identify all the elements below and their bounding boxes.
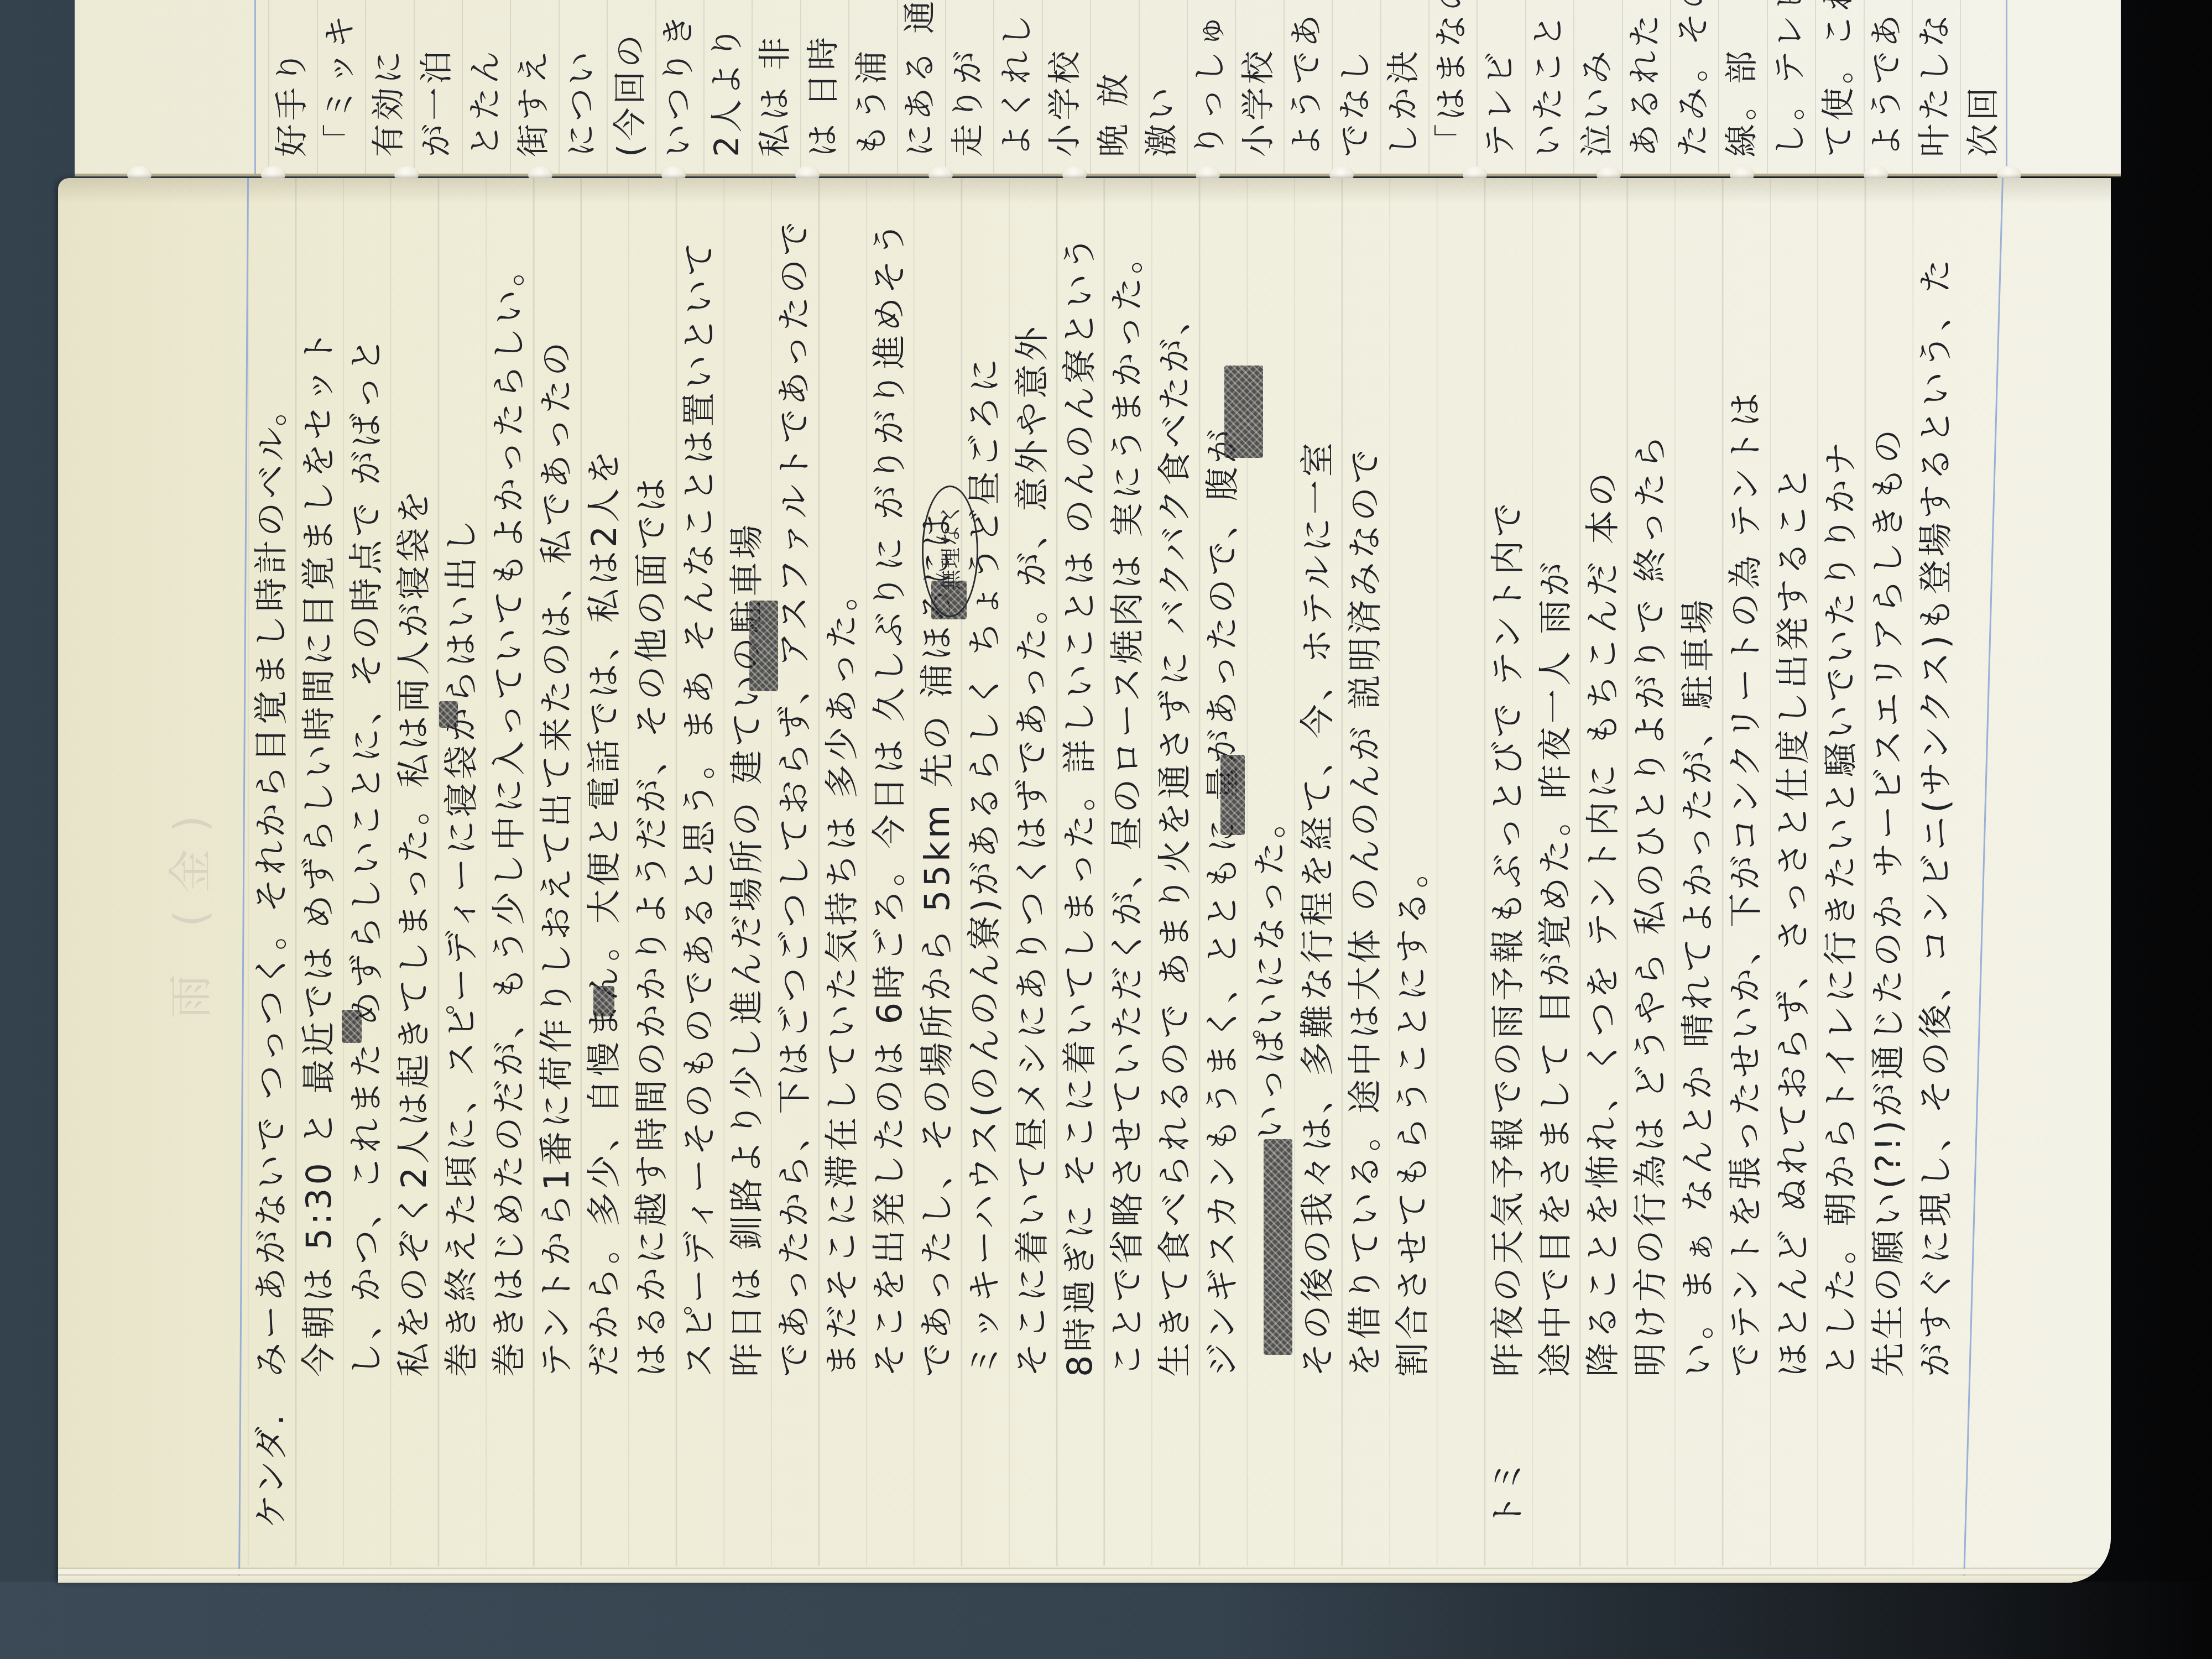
text-line: 先生の願い(?!)が通じたのか サービスエリアらしきもの <box>1865 178 1912 1548</box>
previous-page-line: テレビ <box>1477 0 1525 164</box>
text-line: とした。朝からトイレに行きたいと騒いでいたりりかナ <box>1817 178 1865 1548</box>
previous-page-line: りっしゅ <box>1186 0 1234 164</box>
entry-author-label: トミ <box>1484 1458 1532 1528</box>
previous-page-line: あるれた <box>1621 0 1670 164</box>
strikeout-scribble <box>593 986 614 1016</box>
strikeout-scribble <box>1220 755 1245 835</box>
bleed-through-text: 雨 (金) <box>166 687 216 1019</box>
previous-page-line: 激い <box>1138 0 1186 164</box>
text-line: 今朝は 5:30 と 最近では めずらしい時間に目覚ましをセット <box>295 178 343 1548</box>
strikeout-scribble <box>749 601 778 691</box>
binding-seam <box>75 174 2121 176</box>
text-line: であったし、その場所から 55km 先の 浦ほろには <box>914 178 961 1548</box>
text-line: であったから、下はごつごつしておらず、アスファルトであったので <box>771 178 818 1548</box>
previous-page-line: 線。部 <box>1718 0 1766 164</box>
text-line: い。まぁ なんとか 晴れてよかったが、駐車場 <box>1674 178 1722 1548</box>
blank-line <box>1437 178 1484 1548</box>
text-line: はるかに越す時間のかかりようだが、その他の面では <box>628 178 676 1548</box>
previous-page-line: ようであ <box>1863 0 1911 164</box>
text-line: 生きて食べられるので あまり火を通さずに バクバク食べたが、 <box>1151 178 1199 1548</box>
desk-surface <box>0 1582 2212 1659</box>
previous-page-line: 「ミッキ <box>316 0 364 164</box>
text-line-content: でテントを張ったせいか、下がコンクリートの為 テントは <box>1725 389 1766 1377</box>
text-line: ミッキーハウス(のんのん寮)があるらしく ちょうど昼ごろに <box>961 178 1009 1548</box>
text-line: スピーディーそのものであると思う。まあ そんなことは置いといて <box>676 178 723 1548</box>
text-line-content: 巻き終えた頃に、スピーディーに寝袋からはい出し <box>441 516 482 1377</box>
text-line: し、かつ、これまた めずらしいことに、その時点で がばっと <box>343 178 390 1548</box>
previous-page-line: (今回の <box>607 0 655 164</box>
text-line-content: だから。多少、自慢まん。大便と電話では、私は2人を <box>584 447 624 1377</box>
text-line: そこに着いて昼メシにありつくはずであった。が、意外や意外 <box>1009 178 1056 1548</box>
strikeout-scribble <box>342 1010 362 1043</box>
text-line: 降ることを怖れ、くつを テント内に もちこんだ 本の <box>1579 178 1627 1548</box>
previous-page-line: でなし <box>1332 0 1380 164</box>
text-line-content: を借りている。途中は大体 のんのんが 説明済みなので <box>1345 446 1385 1377</box>
text-line: 昨日は 釧路より少し進んだ場所の 建ていの駐車場 <box>723 178 771 1548</box>
text-line-content: 途中で目をさまして 目が覚めた。昨夜一人 雨が <box>1535 559 1575 1377</box>
previous-page-line: て使。これ <box>1815 0 1863 164</box>
entry-author-label: ケンダ. <box>248 1413 295 1528</box>
text-line: だから。多少、自慢まん。大便と電話では、私は2人を <box>581 178 628 1548</box>
previous-page: 好手り 「ミッキ 有効に が一泊 とたん 街すえ につい (今回の いつりき 2… <box>75 0 2121 176</box>
text-line: ケンダ. みーあがないで つっつく。それから目覚まし時計のベル。 <box>248 178 295 1548</box>
text-line-content: 昨夜の天気予報での雨予報もぶっとびで テント内で <box>1488 499 1528 1377</box>
text-line-content: 8時過ぎに そこに着いてしまった。詳しいことは のんのん寮という <box>1060 233 1100 1377</box>
strikeout-scribble <box>1264 1139 1292 1355</box>
previous-page-line: 好手り <box>268 0 316 164</box>
text-line-content: そこに着いて昼メシにありつくはずであった。が、意外や意外 <box>1012 324 1052 1377</box>
margin-line-left <box>254 0 256 176</box>
text-line: まだそこに滞在していた気持ちは 多少あった。 <box>818 178 866 1548</box>
previous-page-line: にある 通 <box>896 0 945 164</box>
text-line: を借りている。途中は大体 のんのんが 説明済みなので <box>1342 178 1389 1548</box>
text-line: トミ 昨夜の天気予報での雨予報もぶっとびで テント内で <box>1484 178 1532 1548</box>
text-line-content: とした。朝からトイレに行きたいと騒いでいたりりかナ <box>1820 439 1861 1377</box>
text-line: 8時過ぎに そこに着いてしまった。詳しいことは のんのん寮という <box>1056 178 1104 1548</box>
text-line-content: みーあがないで つっつく。それから目覚まし時計のベル。 <box>251 389 291 1377</box>
previous-page-line: 小学校 <box>1041 0 1089 164</box>
strikeout-scribble <box>439 701 458 728</box>
text-line-content: はるかに越す時間のかかりようだが、その他の面では <box>632 474 672 1377</box>
text-line-content: ジンギスカンもうまく、とともに 量があったので、腹が <box>1202 426 1243 1377</box>
page-stack-edge <box>58 1567 2111 1583</box>
text-line-content: スピーディーそのものであると思う。まあ そんなことは置いといて <box>679 239 719 1377</box>
text-line-content: 割合させてもらうことにする。 <box>1392 851 1433 1377</box>
strikeout-scribble <box>1224 366 1263 458</box>
previous-page-text: 好手り 「ミッキ 有効に が一泊 とたん 街すえ につい (今回の いつりき 2… <box>268 0 2008 164</box>
text-line-content: いっぱいになった。 <box>1250 801 1290 1139</box>
previous-page-line: よくれし <box>993 0 1041 164</box>
previous-page-line: 2人より <box>703 0 752 164</box>
previous-page-line: もう浦 <box>848 0 896 164</box>
previous-page-line: 有効に <box>365 0 413 164</box>
text-line: 巻きはじめたのだが、もう少し中に入っていてもよかったらしい。 <box>486 178 533 1548</box>
text-line-content: であったから、下はごつごつしておらず、アスファルトであったので <box>774 218 815 1377</box>
previous-page-line: 泣いみ <box>1573 0 1621 164</box>
text-line-content: であったし、その場所から 55km 先の 浦ほろには <box>917 510 957 1377</box>
previous-page-line: たみ。その <box>1670 0 1718 164</box>
text-line-content: し、かつ、これまた めずらしいことに、その時点で がばっと <box>346 335 387 1377</box>
notebook-page: 雨 (金) ケンダ. みーあがないで つっつく。それから目覚まし時計のベル。 今… <box>58 178 2111 1583</box>
previous-page-line: につい <box>558 0 606 164</box>
text-line-content: 降ることを怖れ、くつを テント内に もちこんだ 本の <box>1583 469 1623 1377</box>
insertion-note: 無理なく <box>935 480 967 591</box>
text-line: 私をのぞく2人は起きてしまった。私は両人が寝袋を <box>390 178 438 1548</box>
text-line-content: その後の我々は、多難な行程を経て、今、ホテルに一室 <box>1297 439 1338 1377</box>
previous-page-line: し。テレビ <box>1766 0 1814 164</box>
previous-page-line: が一泊 <box>413 0 461 164</box>
previous-page-line: いつりき <box>655 0 703 164</box>
previous-page-line: は 日時 <box>800 0 848 164</box>
text-line: そこを出発したのは 6時ごろ。今日は 久しぶりに がりがり進めそう <box>866 178 914 1548</box>
previous-page-line: 晩 放 <box>1090 0 1138 164</box>
previous-page-line: 小学校 <box>1235 0 1283 164</box>
text-line: 途中で目をさまして 目が覚めた。昨夜一人 雨が <box>1532 178 1579 1548</box>
text-line-content: テントから1番に荷作りしおえて出て来たのは、私であったの <box>536 338 577 1377</box>
text-line-content: い。まぁ なんとか 晴れてよかったが、駐車場 <box>1678 597 1718 1377</box>
text-line-content: 生きて食べられるので あまり火を通さずに バクバク食べたが、 <box>1155 298 1195 1377</box>
text-line: 明け方の行為は どうやら 私のひとりよがりで 終ったら <box>1627 178 1674 1548</box>
text-line-content: ことで省略させていただくが、昼のロース焼肉は 実にうまかった。 <box>1107 236 1147 1377</box>
previous-page-line: 街すえ <box>510 0 558 164</box>
previous-page-line: ようであ <box>1283 0 1331 164</box>
previous-page-line: いたこと <box>1525 0 1573 164</box>
previous-page-line: 叶たしな <box>1911 0 1959 164</box>
text-line-content: 明け方の行為は どうやら 私のひとりよがりで 終ったら <box>1630 432 1671 1377</box>
text-line: その後の我々は、多難な行程を経て、今、ホテルに一室 <box>1294 178 1342 1548</box>
text-line: がすぐに現し、その後、コンビニ(サンクス)も登場するという、た <box>1912 178 1960 1548</box>
text-line-content: 今朝は 5:30 と 最近では めずらしい時間に目覚ましをセット <box>299 327 339 1377</box>
previous-page-line: しか決 <box>1380 0 1428 164</box>
previous-page-line: 「はまなの <box>1428 0 1476 164</box>
text-line-content: 私をのぞく2人は起きてしまった。私は両人が寝袋を <box>394 487 434 1377</box>
text-line-content: 先生の願い(?!)が通じたのか サービスエリアらしきもの <box>1868 426 1908 1377</box>
previous-page-line: 走りが <box>945 0 993 164</box>
text-line: ことで省略させていただくが、昼のロース焼肉は 実にうまかった。 <box>1104 178 1151 1548</box>
text-line-content: 巻きはじめたのだが、もう少し中に入っていてもよかったらしい。 <box>489 249 529 1377</box>
previous-page-line: とたん <box>462 0 510 164</box>
text-line-content: そこを出発したのは 6時ごろ。今日は 久しぶりに がりがり進めそう <box>869 218 910 1377</box>
text-line-content: がすぐに現し、その後、コンビニ(サンクス)も登場するという、た <box>1916 256 1956 1377</box>
text-line-content: ほとんど ぬれておらず、さっさと仕度し出発すること <box>1773 463 1813 1377</box>
text-line: テントから1番に荷作りしおえて出て来たのは、私であったの <box>533 178 581 1548</box>
text-line: 割合させてもらうことにする。 <box>1389 178 1437 1548</box>
text-line: ほとんど ぬれておらず、さっさと仕度し出発すること <box>1770 178 1817 1548</box>
text-line: でテントを張ったせいか、下がコンクリートの為 テントは <box>1722 178 1770 1548</box>
previous-page-line: 私は 非 <box>752 0 800 164</box>
text-line-content: まだそこに滞在していた気持ちは 多少あった。 <box>822 573 862 1377</box>
text-line: 巻き終えた頃に、スピーディーに寝袋からはい出し <box>438 178 486 1548</box>
handwritten-text: ケンダ. みーあがないで つっつく。それから目覚まし時計のベル。 今朝は 5:3… <box>248 178 1960 1548</box>
previous-page-line: 次回 <box>1960 0 2008 164</box>
